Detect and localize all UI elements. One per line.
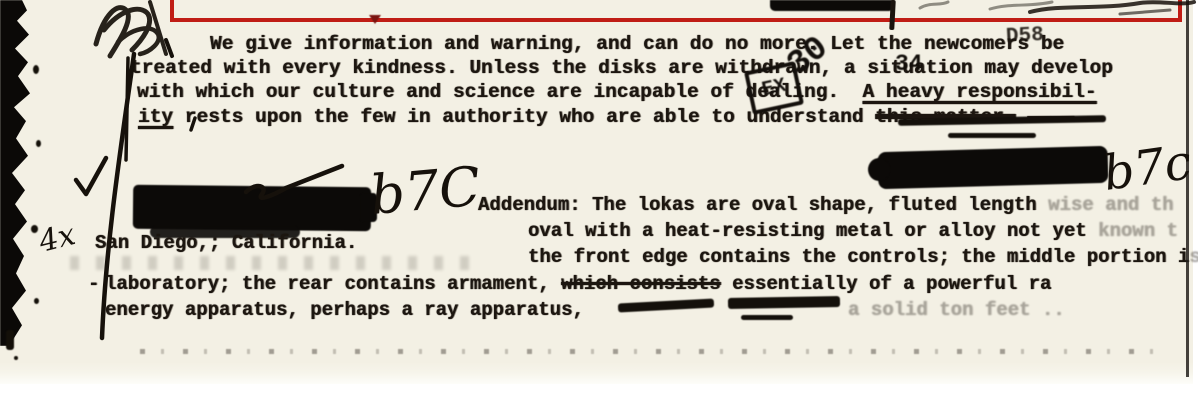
addendum-line: the front edge contains the controls; th…: [528, 246, 1198, 268]
addendum-text: energy apparatus, perhaps a ray apparatu…: [105, 299, 584, 321]
addendum-text: Addendum: The lokas are oval shape, flut…: [478, 194, 1037, 216]
struck-text: which consists: [561, 273, 721, 295]
addendum-text: essentially of a powerful ra: [721, 273, 1052, 295]
ink-speck: [36, 140, 41, 147]
faded-text: s a: [1189, 246, 1198, 268]
addendum-text: laboratory; the rear contains armament,: [105, 273, 561, 295]
overprint-34-text: 34: [895, 51, 923, 77]
strike-bar: [948, 133, 1036, 138]
location-text: San Diego,; California.: [95, 232, 357, 254]
addendum-text: oval with a heat-resisting metal or allo…: [528, 220, 1087, 242]
dotted-scan-line: [140, 349, 1165, 354]
red-tick-mark: [369, 15, 381, 24]
ink-speck: [34, 298, 39, 304]
memo-line: We give information and warning, and can…: [210, 33, 1064, 55]
redaction-bar-left: [133, 185, 371, 231]
stamp-d58-text: D58: [1005, 24, 1044, 49]
ink-speck: [33, 65, 39, 74]
addendum-line: -: [88, 273, 99, 295]
stamp-d58: D58: [1005, 24, 1044, 49]
ex-stamp-text: EX: [760, 74, 788, 101]
memo-line: treated with every kindness. Unless the …: [130, 57, 1113, 79]
memo-text: We give information and warning, and can…: [210, 33, 1064, 55]
memo-text: treated with every kindness. Unless the …: [130, 57, 1113, 79]
faded-text: wise and th: [1037, 194, 1174, 216]
addendum-line-faded: a solid ton feet ..: [848, 299, 1065, 321]
margin-dash: -: [88, 273, 99, 295]
addendum-text: the front edge contains the controls; th…: [528, 246, 1189, 268]
redaction-bar-top: [770, 0, 894, 11]
strike-bar: [728, 296, 840, 309]
redaction-bar-right: [878, 146, 1109, 189]
memo-line: with which our culture and science are i…: [137, 81, 1097, 103]
addendum-line: energy apparatus, perhaps a ray apparatu…: [105, 299, 584, 321]
addendum-line: laboratory; the rear contains armament, …: [105, 273, 1051, 295]
underlined-text: A heavy responsibil-: [863, 81, 1097, 103]
strike-bar: [741, 315, 793, 320]
scan-edge-line-right: [1186, 0, 1189, 377]
faded-smudge-line: [70, 256, 470, 270]
ink-speck: [14, 356, 18, 360]
addendum-line: oval with a heat-resisting metal or allo…: [528, 220, 1178, 242]
underlined-text: ity: [138, 106, 173, 128]
addendum-line: Addendum: The lokas are oval shape, flut…: [478, 194, 1174, 216]
location-line: San Diego,; California.: [95, 232, 357, 254]
redaction-bar-left-end: [360, 193, 377, 222]
ink-speck: [6, 330, 14, 350]
redaction-bar-right-end: [868, 158, 890, 181]
red-highlight-box: [170, 0, 1182, 22]
scanned-memo-page: We give information and warning, and can…: [0, 0, 1198, 420]
overprint-34: 34: [895, 51, 923, 77]
faded-text: a solid ton feet ..: [848, 299, 1065, 321]
faded-text: known t: [1087, 220, 1178, 242]
ink-speck: [31, 225, 38, 233]
